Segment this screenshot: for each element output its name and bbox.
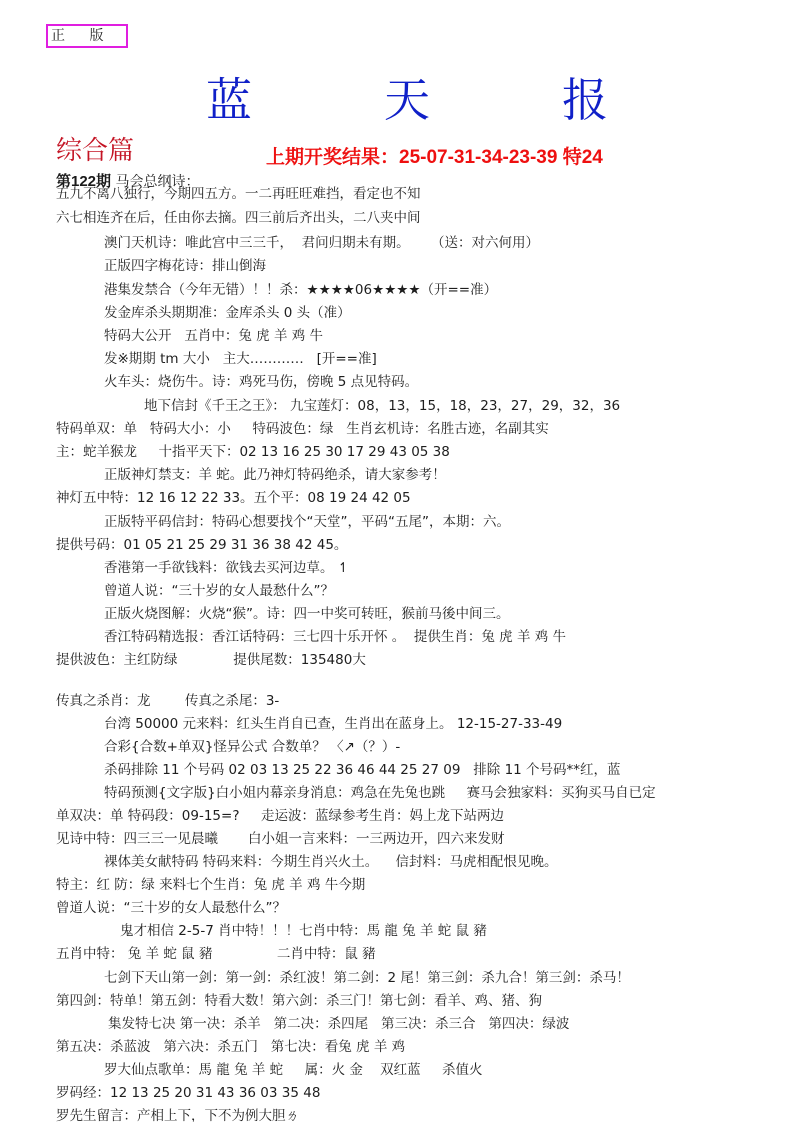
content-line: 单双决：单 特码段：09-15=? 走运波：蓝绿参考生肖：妈上龙下站两边 [56, 806, 504, 826]
content-line: 正版四字梅花诗：排山倒海 [104, 256, 266, 276]
content-line: 杀码排除 11 个号码 02 03 13 25 22 36 46 44 25 2… [104, 760, 621, 780]
content-line: 罗先生留言：产相上下，下不为例大胆ㄌ [56, 1106, 299, 1122]
content-line: 正版特平码信封：特码心想要找个“天堂”，平码“五尾”，本期：六。 [104, 512, 510, 532]
content-line: 集发特七决 第一决：杀羊 第二决：杀四尾 第三决：杀三合 第四决：绿波 [108, 1014, 569, 1034]
content-line: 罗码经：12 13 25 20 31 43 36 03 35 48 [56, 1083, 320, 1103]
content-line: 香江特码精选报：香江话特码：三七四十乐开怀 。 提供生肖：兔 虎 羊 鸡 牛 [104, 627, 566, 647]
masthead-char-3: 报 [562, 70, 608, 130]
content-line: 香港第一手欲钱料：欲钱去买河边草。 ↿ [104, 558, 349, 578]
last-draw-result: 上期开奖结果：25-07-31-34-23-39 特24 [266, 144, 603, 172]
content-line: 正版火烧图解：火烧“猴”。诗：四一中奖可转旺，猴前马後中间三。 [104, 604, 510, 624]
content-line: 五九不离八独行，今期四五方。一二再旺旺难挡，看定也不知 [56, 184, 421, 204]
content-line: 澳门天机诗：唯此宫中三三千， 君问归期未有期。 （送：对六何用） [104, 233, 539, 253]
content-line: 港集发禁合（今年无错）！！杀：★★★★06★★★★（开==准） [104, 280, 497, 300]
content-line: 提供号码：01 05 21 25 29 31 36 38 42 45。 [56, 535, 347, 555]
masthead-char-1: 蓝 [206, 70, 252, 130]
content-line: 六七相连齐在后，任由你去摘。四三前后齐出头，二八夹中间 [56, 208, 421, 228]
content-line: 正版神灯禁支：羊 蛇。此乃神灯特码绝杀，请大家参考！ [104, 465, 446, 485]
content-line: 见诗中特：四三三一见晨曦 白小姐一言来料：一三两边开，四六来发财 [56, 829, 505, 849]
content-line: 特主：红 防：绿 来料七个生肖：兔 虎 羊 鸡 牛今期 [56, 875, 365, 895]
content-line: 地下信封《千王之王》： 九宝莲灯：08，13，15，18，23，27，29，32… [144, 396, 620, 416]
content-line: 发金库杀头期期准：金库杀头 0 头（准） [104, 303, 351, 323]
masthead: 蓝 天 报 [0, 70, 793, 130]
content-line: 台湾 50000 元来料：红头生肖自已查，生肖出在蓝身上。 12-15-27-3… [104, 714, 562, 734]
content-line: 鬼才相信 2-5-7 肖中特！！！七肖中特：馬 龍 兔 羊 蛇 鼠 豬 [120, 921, 487, 941]
content-line: 五肖中特： 兔 羊 蛇 鼠 豬 二肖中特：鼠 豬 [56, 944, 376, 964]
content-line: 裸体美女献特码 特码来料：今期生肖兴火土。 信封料：马虎相配恨见晚。 [104, 852, 557, 872]
content-line: 神灯五中特：12 16 12 22 33。五个平：08 19 24 42 05 [56, 488, 411, 508]
content-line: 七剑下天山第一剑：第一剑：杀红波！第二剑：2 尾！第三剑：杀九合！第三剑：杀马！ [104, 968, 630, 988]
masthead-char-2: 天 [384, 70, 430, 130]
content-line: 传真之杀肖：龙 传真之杀尾：3- [56, 691, 279, 711]
content-line: 第四剑：特单！第五剑：特看大数！第六剑：杀三门！第七剑：看羊、鸡、猪、狗 [56, 991, 542, 1011]
content-line: 曾道人说：“三十岁的女人最愁什么”？ [56, 898, 286, 918]
content-line: 特码预测{文字版}白小姐内幕亲身消息：鸡急在先兔也跳 赛马会独家料：买狗买马自已… [104, 783, 656, 803]
content-line: 特码大公开 五肖中：兔 虎 羊 鸡 牛 [104, 326, 323, 346]
content-line: 发※期期 tm 大小 主大………… [开==准] [104, 349, 377, 369]
content-line: 曾道人说：“三十岁的女人最愁什么”？ [104, 581, 334, 601]
content-line: 合彩{合数+单双}怪异公式 合数单？ 〈↗（？）- [104, 737, 400, 757]
content-line: 提供波色：主红防绿 提供尾数：135480大 [56, 650, 366, 670]
content-line: 火车头：烧伤牛。诗：鸡死马伤，傍晚 5 点见特码。 [104, 372, 418, 392]
edition-badge: 正 版 [46, 24, 128, 48]
content-line: 特码单双：单 特码大小：小 特码波色：绿 生肖玄机诗：名胜古迹，名副其实 [56, 419, 549, 439]
content-line: 主：蛇羊猴龙 十指平天下：02 13 16 25 30 17 29 43 05 … [56, 442, 450, 462]
content-line: 罗大仙点歌单：馬 龍 兔 羊 蛇 属：火 金 双红蓝 杀值火 [104, 1060, 483, 1080]
content-line: 第五决：杀蓝波 第六决：杀五门 第七决：看兔 虎 羊 鸡 [56, 1037, 405, 1057]
section-title: 综合篇 [56, 134, 134, 168]
